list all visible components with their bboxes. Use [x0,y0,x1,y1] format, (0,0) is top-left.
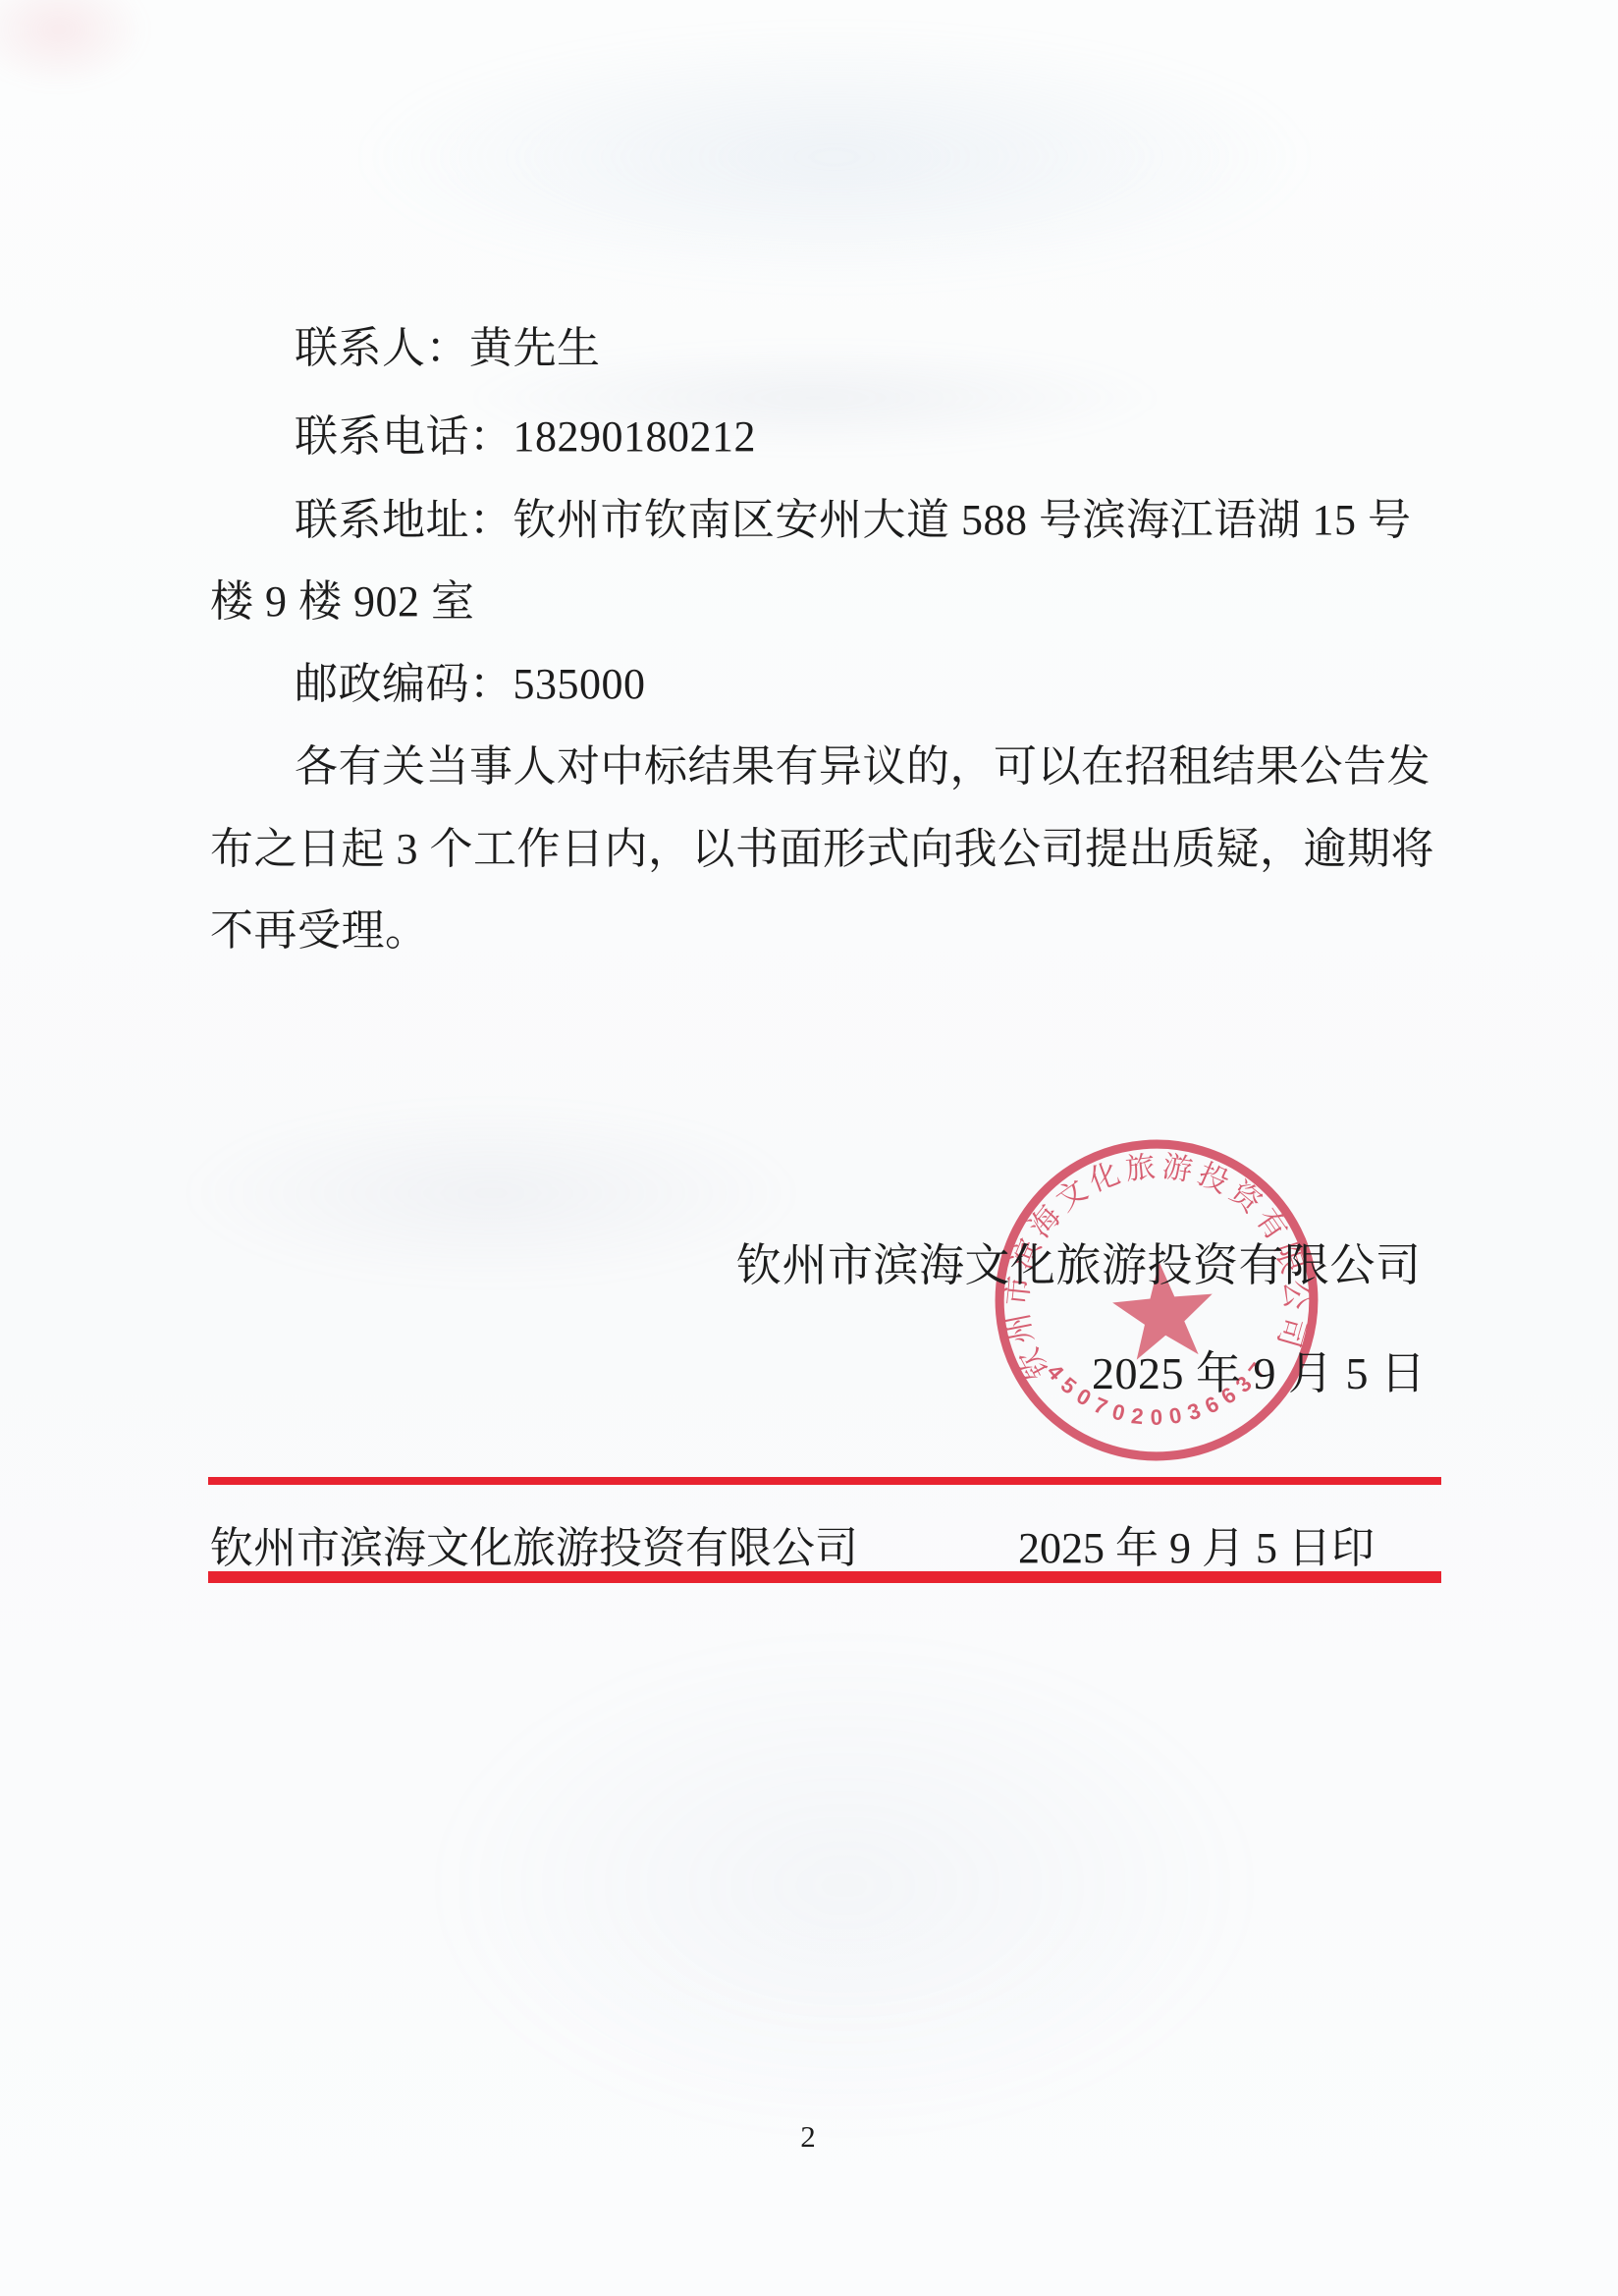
scan-smudge [177,1100,805,1286]
contact-person-line: 联系人：黄先生 [295,324,601,374]
footer-print-date: 2025 年 9 月 5 日印 [1018,1512,1375,1575]
scan-smudge [0,0,147,88]
page-number: 2 [749,2119,867,2155]
footer-rule-top [208,1477,1441,1485]
signature-date: 2025 年 9 月 5 日 [1092,1348,1427,1400]
signature-company-name: 钦州市滨海文化旅游投资有限公司 [736,1240,1422,1292]
scan-smudge [353,29,1316,285]
objection-paragraph-line-2: 布之日起 3 个工作日内，以书面形式向我公司提出质疑，逾期将 [210,825,1434,875]
objection-paragraph-line-3: 不再受理。 [210,906,429,957]
company-seal-stamp: 钦州市滨海文化旅游投资有限公司 4507020036637 [976,1120,1337,1481]
objection-paragraph-line-1: 各有关当事人对中标结果有异议的，可以在招租结果公告发 [295,742,1430,793]
contact-phone-line: 联系电话：18290180212 [295,412,756,463]
contact-address-line-2: 楼 9 楼 902 室 [210,577,475,628]
postal-code-line: 邮政编码：535000 [295,660,646,710]
scan-smudge [422,1630,1267,2141]
footer-rule-bottom [208,1571,1441,1583]
footer-company-name: 钦州市滨海文化旅游投资有限公司 [210,1512,858,1575]
contact-address-line-1: 联系地址：钦州市钦南区安州大道 588 号滨海江语湖 15 号 [295,496,1412,546]
scanned-document-page: 联系人：黄先生 联系电话：18290180212 联系地址：钦州市钦南区安州大道… [0,0,1618,2296]
